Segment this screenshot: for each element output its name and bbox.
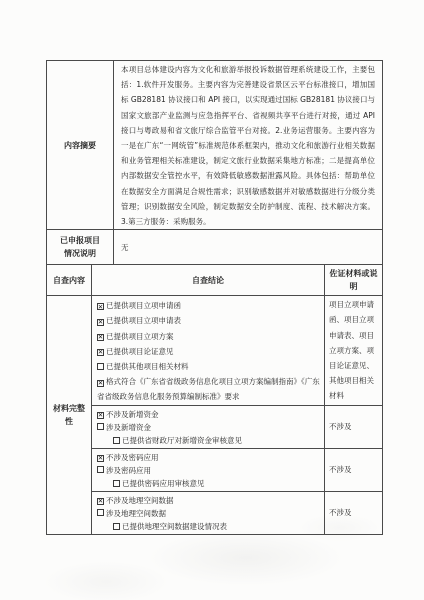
checkbox-icon bbox=[97, 380, 104, 387]
self-check-form-table: 内容摘要 本项目总体建设内容为文化和旅游举报投诉数据管理系统建设工作，主要包括：… bbox=[46, 60, 383, 535]
checkbox-icon bbox=[113, 480, 120, 487]
checklist-geo: 不涉及地理空间数据 涉及地理空间数据 已提供地理空间数据建设情况表 bbox=[92, 491, 325, 534]
checkbox-icon bbox=[97, 423, 104, 430]
summary-text: 本项目总体建设内容为文化和旅游举报投诉数据管理系统建设工作，主要包括：1.软件开… bbox=[114, 61, 383, 230]
declared-projects-row: 已申报项目情况说明 无 bbox=[47, 230, 383, 265]
checkbox-icon bbox=[113, 437, 120, 444]
declared-projects-label-text: 已申报项目情况说明 bbox=[60, 234, 100, 260]
evidence-cell: 不涉及 bbox=[325, 448, 383, 491]
summary-label: 内容摘要 bbox=[47, 61, 114, 230]
checklist-item: 不涉及地理空间数据 bbox=[97, 494, 320, 507]
evidence-cell: 不涉及 bbox=[325, 405, 383, 448]
checklist-item-label: 不涉及地理空间数据 bbox=[106, 496, 174, 505]
checklist-subitem: 已提供省财政厅对新增资金审核意见 bbox=[113, 434, 320, 447]
header-selfcheck-content: 自查内容 bbox=[47, 265, 92, 296]
checkbox-icon bbox=[97, 303, 104, 310]
checklist-item-label: 已提供项目立项申请函 bbox=[106, 301, 181, 310]
header-selfcheck-content-text: 自查内容 bbox=[53, 274, 85, 287]
checklist-item-label: 已提供省财政厅对新增资金审核意见 bbox=[122, 436, 242, 445]
declared-projects-value: 无 bbox=[114, 230, 383, 265]
checklist-item: 已提供其他项目相关材料 bbox=[97, 359, 320, 374]
checklist-subitem: 已提供地理空间数据建设情况表 bbox=[113, 520, 320, 533]
evidence-cell: 项目立项申请函、项目立项申请表、项目立项方案、项目论证意见、其他项目相关材料 bbox=[325, 296, 383, 405]
selfcheck-header-row: 自查内容 自查结论 佐证材料或说明 bbox=[47, 265, 383, 296]
checklist-item-label: 已提供其他项目相关材料 bbox=[106, 362, 189, 371]
checkbox-icon bbox=[97, 455, 104, 462]
checkbox-icon bbox=[97, 349, 104, 356]
declared-projects-label: 已申报项目情况说明 bbox=[47, 230, 114, 265]
checklist-item-label: 不涉及新增资金 bbox=[106, 410, 159, 419]
scanned-page: 内容摘要 本项目总体建设内容为文化和旅游举报投诉数据管理系统建设工作，主要包括：… bbox=[0, 0, 424, 600]
header-selfcheck-conclusion-text: 自查结论 bbox=[192, 274, 224, 287]
evidence-cell: 不涉及 bbox=[325, 491, 383, 534]
checklist-item: 已提供项目论证意见 bbox=[97, 344, 320, 359]
checklist-crypto: 不涉及密码应用 涉及密码应用 已提供密码应用审核意见 bbox=[92, 448, 325, 491]
integrity-label: 材料完整性 bbox=[47, 296, 92, 534]
checklist-item-label: 格式符合《广东省省级政务信息化项目立项方案编制指南》《广东省省级政务信息化服务预… bbox=[97, 377, 320, 401]
checklist-item-label: 涉及密码应用 bbox=[106, 466, 151, 475]
checklist-item-label: 已提供项目论证意见 bbox=[106, 347, 174, 356]
integrity-section-filing: 材料完整性 已提供项目立项申请函 已提供项目立项申请表 已提供项目立项方案 已提… bbox=[47, 296, 383, 405]
checklist-item: 不涉及新增资金 bbox=[97, 408, 320, 421]
checklist-item-label: 已提供地理空间数据建设情况表 bbox=[122, 522, 227, 531]
checklist-item-label: 已提供密码应用审核意见 bbox=[122, 479, 205, 488]
integrity-label-text: 材料完整性 bbox=[53, 402, 85, 428]
checkbox-icon bbox=[97, 334, 104, 341]
checklist-filing: 已提供项目立项申请函 已提供项目立项申请表 已提供项目立项方案 已提供项目论证意… bbox=[92, 296, 325, 405]
checklist-item: 涉及新增资金 bbox=[97, 421, 320, 434]
checklist-item: 已提供项目立项申请函 bbox=[97, 298, 320, 313]
checkbox-icon bbox=[97, 319, 104, 326]
integrity-section-crypto: 不涉及密码应用 涉及密码应用 已提供密码应用审核意见 不涉及 bbox=[47, 448, 383, 491]
checkbox-icon bbox=[97, 412, 104, 419]
header-evidence: 佐证材料或说明 bbox=[325, 265, 383, 296]
integrity-section-geo: 不涉及地理空间数据 涉及地理空间数据 已提供地理空间数据建设情况表 不涉及 bbox=[47, 491, 383, 534]
checklist-item-label: 涉及地理空间数据 bbox=[106, 509, 166, 518]
checklist-item: 已提供项目立项申请表 bbox=[97, 313, 320, 328]
checklist-item-label: 已提供项目立项申请表 bbox=[106, 316, 181, 325]
header-evidence-text: 佐证材料或说明 bbox=[330, 267, 378, 293]
checklist-item-label: 已提供项目立项方案 bbox=[106, 332, 174, 341]
checkbox-icon bbox=[113, 523, 120, 530]
checkbox-icon bbox=[97, 466, 104, 473]
checklist-item-label: 涉及新增资金 bbox=[106, 423, 151, 432]
header-selfcheck-conclusion: 自查结论 bbox=[92, 265, 325, 296]
checklist-item: 格式符合《广东省省级政务信息化项目立项方案编制指南》《广东省省级政务信息化服务预… bbox=[97, 374, 320, 404]
checkbox-icon bbox=[97, 363, 104, 370]
checklist-item: 不涉及密码应用 bbox=[97, 451, 320, 464]
checklist-subitem: 已提供密码应用审核意见 bbox=[113, 477, 320, 490]
checklist-item: 已提供项目立项方案 bbox=[97, 329, 320, 344]
checklist-funds: 不涉及新增资金 涉及新增资金 已提供省财政厅对新增资金审核意见 bbox=[92, 405, 325, 448]
integrity-section-funds: 不涉及新增资金 涉及新增资金 已提供省财政厅对新增资金审核意见 不涉及 bbox=[47, 405, 383, 448]
summary-label-text: 内容摘要 bbox=[64, 139, 96, 152]
checklist-item: 涉及密码应用 bbox=[97, 464, 320, 477]
checkbox-icon bbox=[97, 498, 104, 505]
checklist-item: 涉及地理空间数据 bbox=[97, 507, 320, 520]
checkbox-icon bbox=[97, 509, 104, 516]
checklist-item-label: 不涉及密码应用 bbox=[106, 453, 159, 462]
summary-row: 内容摘要 本项目总体建设内容为文化和旅游举报投诉数据管理系统建设工作，主要包括：… bbox=[47, 61, 383, 230]
